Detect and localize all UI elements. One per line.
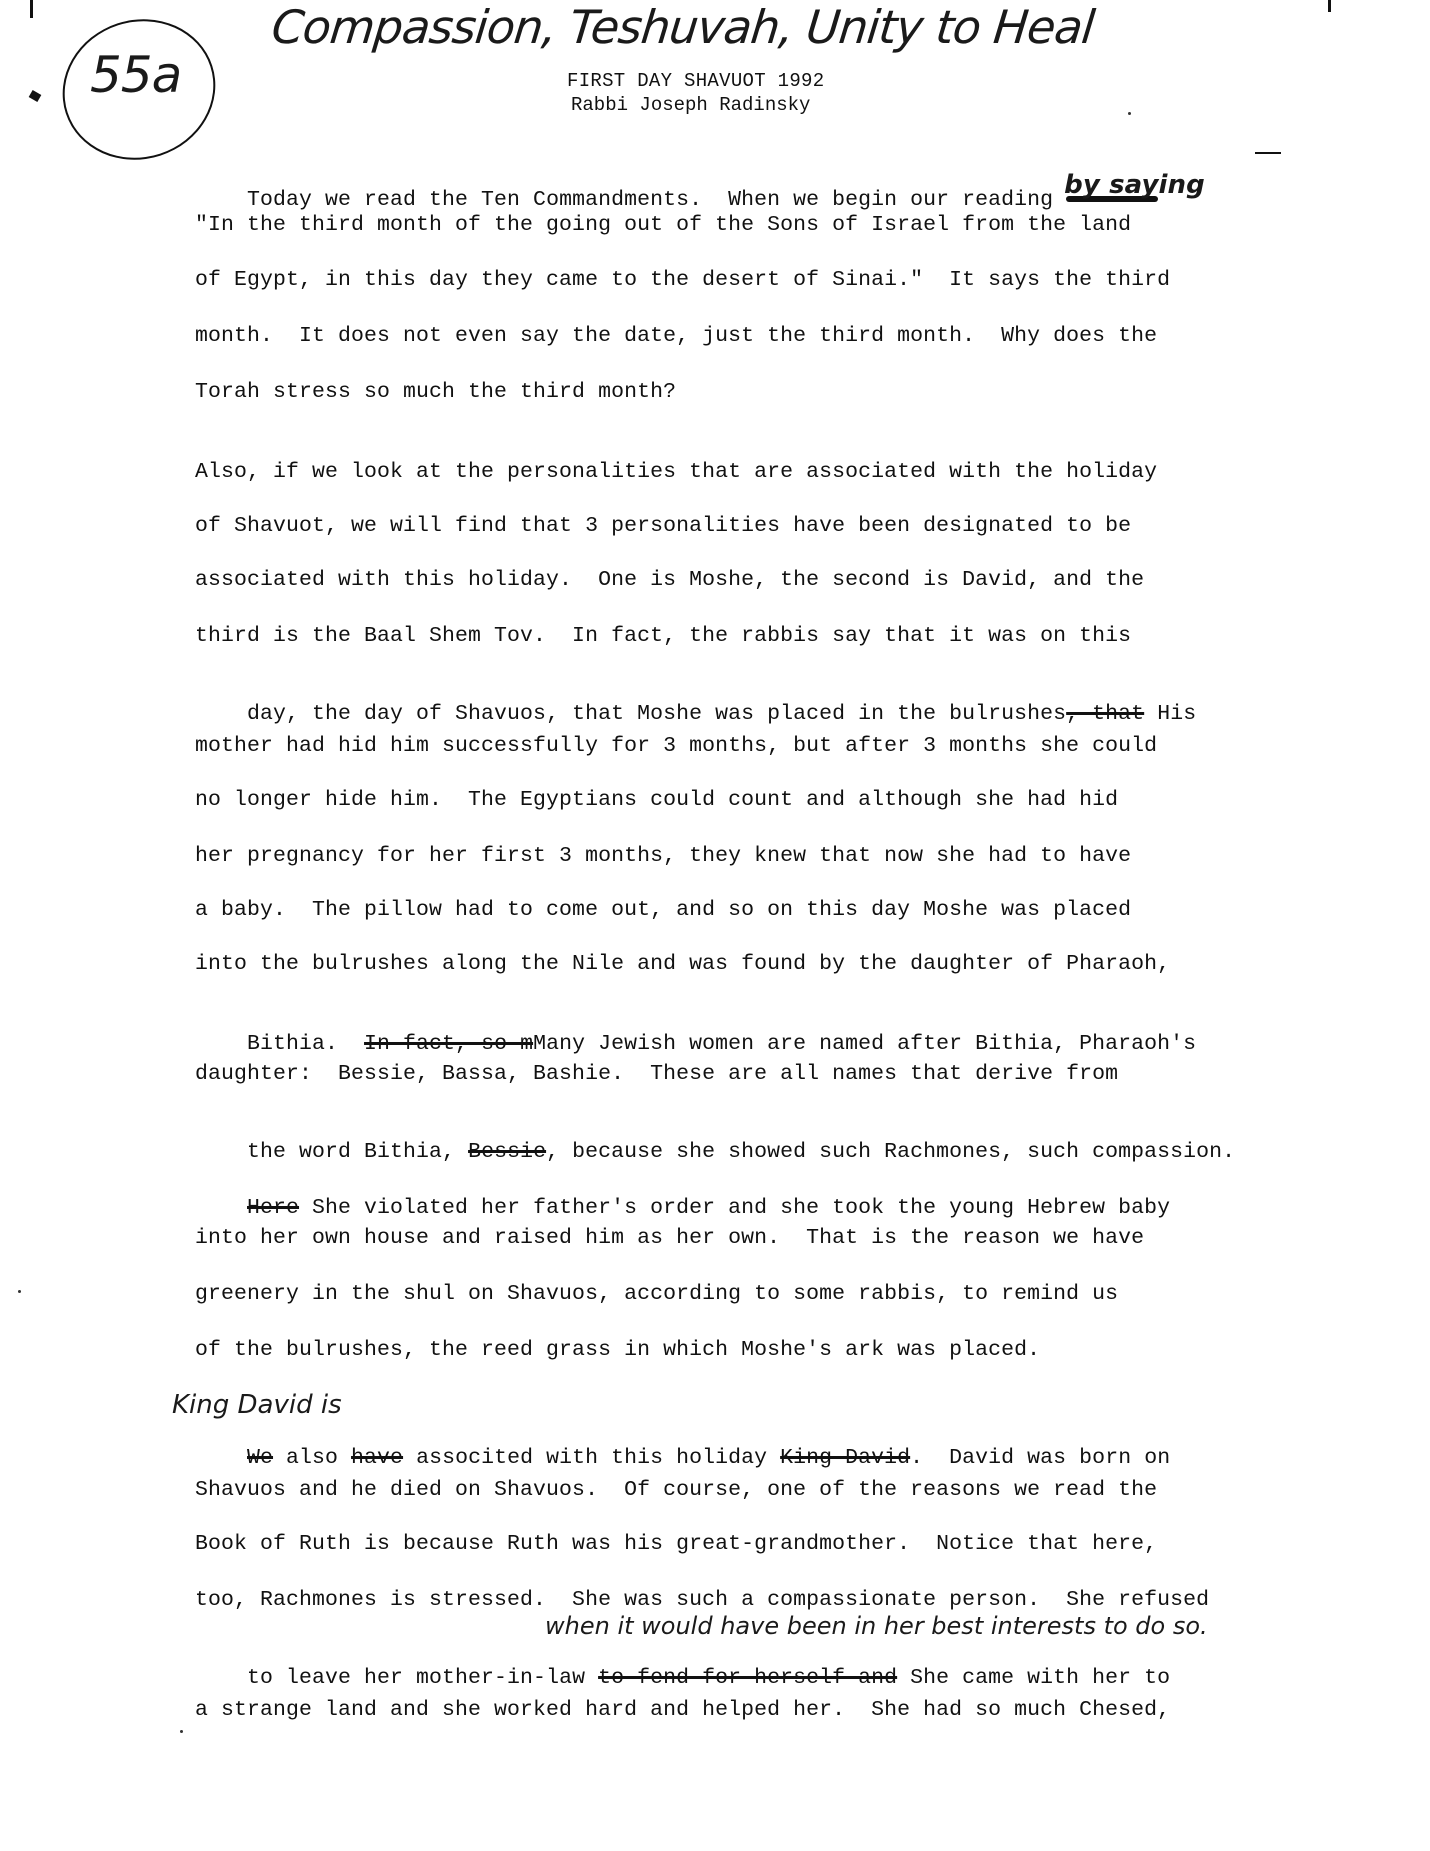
struck-text: Here	[247, 1196, 299, 1220]
struck-text: We	[247, 1446, 273, 1470]
scan-mark	[1328, 0, 1331, 12]
struck-text: have	[351, 1446, 403, 1470]
scanned-document-page: 55a Compassion, Teshuvah, Unity to Heal …	[0, 0, 1430, 1851]
line-text: the word Bithia,	[247, 1140, 468, 1164]
scan-mark	[30, 0, 33, 18]
line-text: day, the day of Shavuos, that Moshe was …	[247, 702, 1066, 726]
text-line: of Shavuot, we will find that 3 personal…	[195, 514, 1131, 538]
text-line: into the bulrushes along the Nile and wa…	[195, 952, 1170, 976]
text-line: too, Rachmones is stressed. She was such…	[195, 1588, 1209, 1612]
handwritten-insert-ruth: when it would have been in her best inte…	[545, 1612, 1208, 1640]
struck-text: In fact, so m	[364, 1032, 533, 1056]
line-text: , because she showed such Rachmones, suc…	[546, 1140, 1235, 1164]
text-line: a strange land and she worked hard and h…	[195, 1698, 1170, 1722]
line-text-corrected: She violated her father's order and she …	[299, 1196, 1170, 1220]
line-text: to leave her mother-in-law	[247, 1666, 598, 1690]
line-text: Bithia.	[247, 1032, 364, 1056]
text-line: Book of Ruth is because Ruth was his gre…	[195, 1532, 1157, 1556]
text-line: daughter: Bessie, Bassa, Bashie. These a…	[195, 1062, 1118, 1086]
line-text: also	[273, 1446, 351, 1470]
text-line: of Egypt, in this day they came to the d…	[195, 268, 1170, 292]
struck-text: , that	[1066, 702, 1144, 726]
struck-text: King David	[780, 1446, 910, 1470]
scan-speck	[18, 1290, 21, 1293]
text-line: mother had hid him successfully for 3 mo…	[195, 734, 1157, 758]
line-text-corrected: She came with her to	[897, 1666, 1170, 1690]
line-text-corrected: Many Jewish women are named after Bithia…	[533, 1032, 1196, 1056]
line-text: Today we read the Ten Commandments. When…	[247, 188, 1066, 212]
struck-text: to fend for herself and	[598, 1666, 897, 1690]
text-line: Torah stress so much the third month?	[195, 380, 676, 404]
handwritten-insert-by-saying: by saying	[1064, 170, 1205, 200]
line-text: associted with this holiday	[403, 1446, 780, 1470]
text-line: her pregnancy for her first 3 months, th…	[195, 844, 1131, 868]
scan-speck	[180, 1730, 183, 1733]
topic-annotation: Compassion, Teshuvah, Unity to Heal	[269, 0, 1096, 54]
text-line: no longer hide him. The Egyptians could …	[195, 788, 1118, 812]
handwritten-insert-king-david-is: King David is	[172, 1390, 342, 1420]
margin-dash-mark	[1255, 152, 1281, 154]
text-line: month. It does not even say the date, ju…	[195, 324, 1157, 348]
scan-speck	[1128, 112, 1131, 115]
text-line: of the bulrushes, the reed grass in whic…	[195, 1338, 1040, 1362]
line-text: . David was born on	[910, 1446, 1170, 1470]
scan-mark	[29, 90, 42, 102]
text-line: a baby. The pillow had to come out, and …	[195, 898, 1131, 922]
document-title: FIRST DAY SHAVUOT 1992	[567, 70, 824, 92]
page-number-annotation: 55a	[90, 46, 181, 104]
text-line: into her own house and raised him as her…	[195, 1226, 1144, 1250]
text-line: greenery in the shul on Shavuos, accordi…	[195, 1282, 1118, 1306]
text-line: Shavuos and he died on Shavuos. Of cours…	[195, 1478, 1157, 1502]
text-line: Also, if we look at the personalities th…	[195, 460, 1157, 484]
struck-text: Bessie	[468, 1140, 546, 1164]
text-line: "In the third month of the going out of …	[195, 213, 1131, 237]
line-text-corrected: His	[1157, 702, 1196, 726]
text-line: third is the Baal Shem Tov. In fact, the…	[195, 624, 1131, 648]
text-line: associated with this holiday. One is Mos…	[195, 568, 1144, 592]
document-author: Rabbi Joseph Radinsky	[571, 94, 810, 116]
